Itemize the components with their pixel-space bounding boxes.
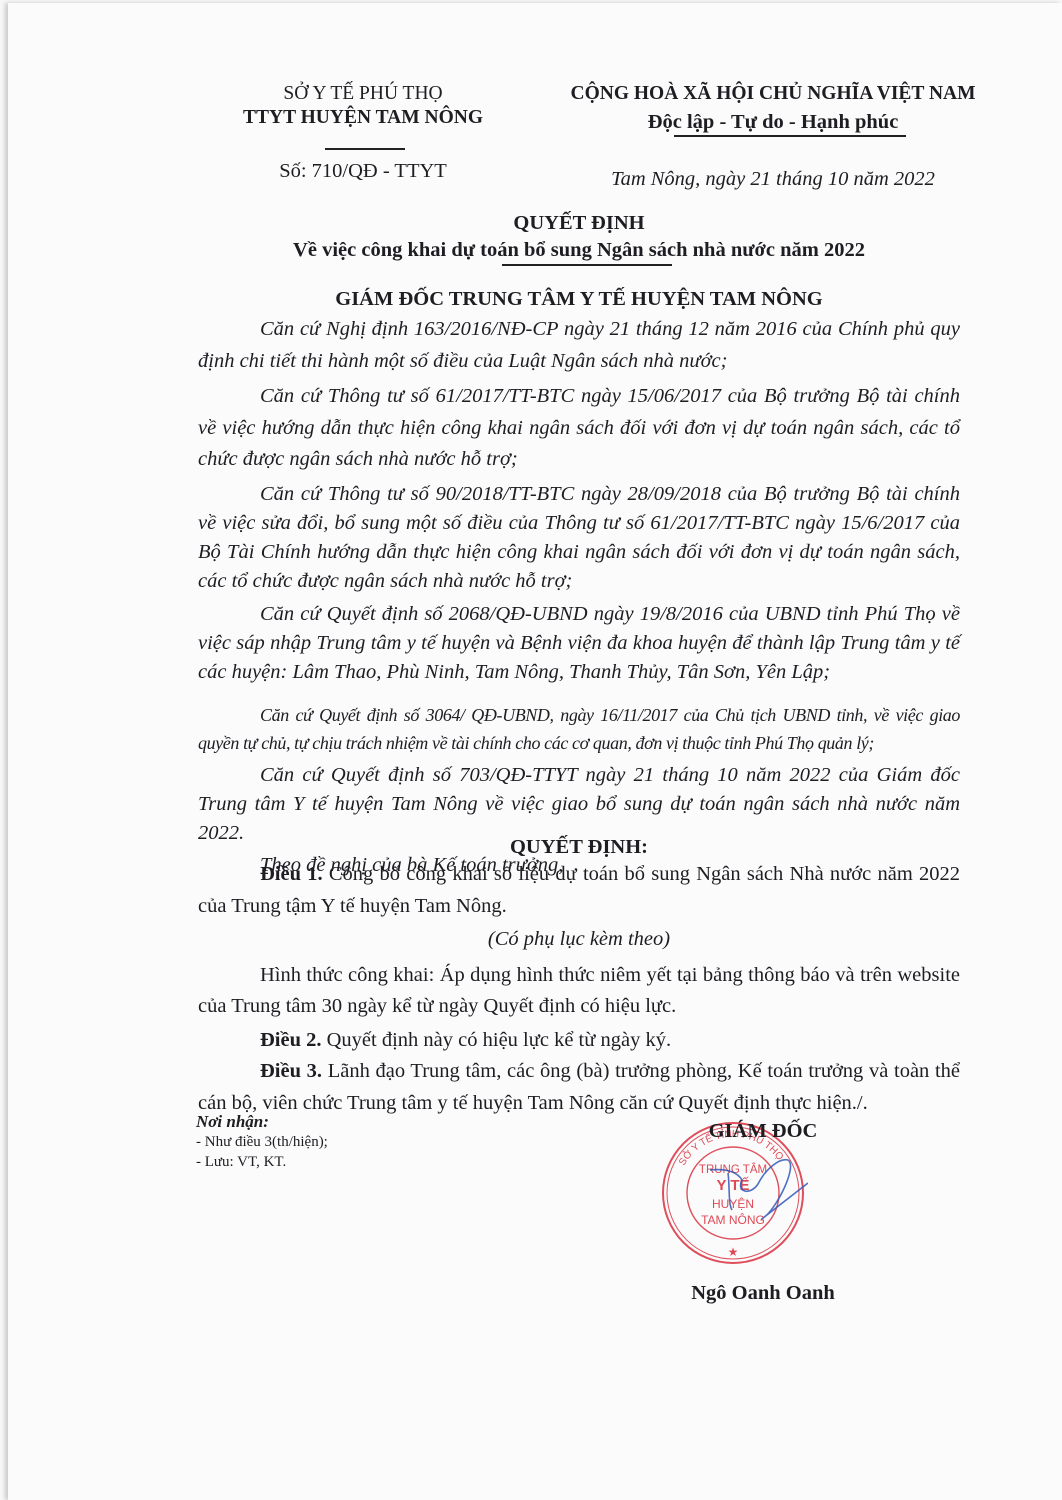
stamp-line-4: TAM NÔNG (701, 1212, 765, 1227)
decision-heading: QUYẾT ĐỊNH: (198, 836, 960, 859)
stamp-line-1: TRUNG TÂM (699, 1163, 767, 1176)
document-subject: Về việc công khai dự toán bổ sung Ngân s… (198, 239, 960, 262)
legal-basis-item: Căn cứ Nghị định 163/2016/NĐ-CP ngày 21 … (198, 314, 960, 377)
national-motto: Độc lập - Tự do - Hạnh phúc (528, 111, 1018, 134)
recipients-block: Nơi nhận: - Như điều 3(th/hiện); - Lưu: … (196, 1112, 328, 1172)
article-3: Điều 3. Lãnh đạo Trung tâm, các ông (bà)… (198, 1056, 960, 1119)
agency-name: TTYT HUYỆN TAM NÔNG (198, 107, 528, 129)
stamp-line-3: HUYỆN (712, 1196, 754, 1211)
document-page: SỞ Y TẾ PHÚ THỌ TTYT HUYỆN TAM NÔNG Số: … (8, 3, 1062, 1500)
article-1: Điều 1. Công bố công khai số liệu dự toá… (198, 859, 960, 922)
subject-underline (502, 264, 672, 266)
appendix-note: (Có phụ lục kèm theo) (198, 924, 960, 956)
legal-basis-item: Căn cứ Thông tư số 61/2017/TT-BTC ngày 1… (198, 381, 960, 476)
signer-name: Ngô Oanh Oanh (628, 1282, 898, 1305)
place-date: Tam Nông, ngày 21 tháng 10 năm 2022 (528, 168, 1018, 191)
document-number: Số: 710/QĐ - TTYT (198, 160, 528, 183)
disclosure-form: Hình thức công khai: Áp dụng hình thức n… (198, 960, 960, 1023)
legal-basis-item: Căn cứ Quyết định số 703/QĐ-TTYT ngày 21… (198, 761, 960, 848)
document-type: QUYẾT ĐỊNH (198, 212, 960, 235)
article-2: Điều 2. Quyết định này có hiệu lực kể từ… (198, 1025, 960, 1057)
article-2-label: Điều 2. (260, 1029, 322, 1051)
signer-title: GIÁM ĐỐC (628, 1120, 898, 1143)
recipients-label: Nơi nhận: (196, 1112, 328, 1132)
legal-basis-item: Căn cứ Quyết định số 2068/QĐ-UBND ngày 1… (198, 600, 960, 687)
recipient-item: - Lưu: VT, KT. (196, 1152, 328, 1172)
legal-basis-item: Căn cứ Quyết định số 3064/ QĐ-UBND, ngày… (198, 701, 960, 757)
articles: Điều 1. Công bố công khai số liệu dự toá… (198, 859, 960, 1119)
motto-underline (674, 135, 906, 137)
agency-parent: SỞ Y TẾ PHÚ THỌ (198, 83, 528, 105)
header-left-rule (325, 148, 405, 150)
nation-title: CỘNG HOÀ XÃ HỘI CHỦ NGHĨA VIỆT NAM (528, 83, 1018, 105)
legal-basis-item: Căn cứ Thông tư số 90/2018/TT-BTC ngày 2… (198, 480, 960, 596)
svg-text:★: ★ (728, 1245, 739, 1259)
issuing-authority: GIÁM ĐỐC TRUNG TÂM Y TẾ HUYỆN TAM NÔNG (198, 288, 960, 311)
recipient-item: - Như điều 3(th/hiện); (196, 1132, 328, 1152)
article-2-text: Quyết định này có hiệu lực kể từ ngày ký… (322, 1029, 672, 1051)
article-3-label: Điều 3. (260, 1060, 322, 1082)
article-1-label: Điều 1. (260, 863, 323, 885)
legal-bases: Căn cứ Nghị định 163/2016/NĐ-CP ngày 21 … (198, 314, 960, 881)
